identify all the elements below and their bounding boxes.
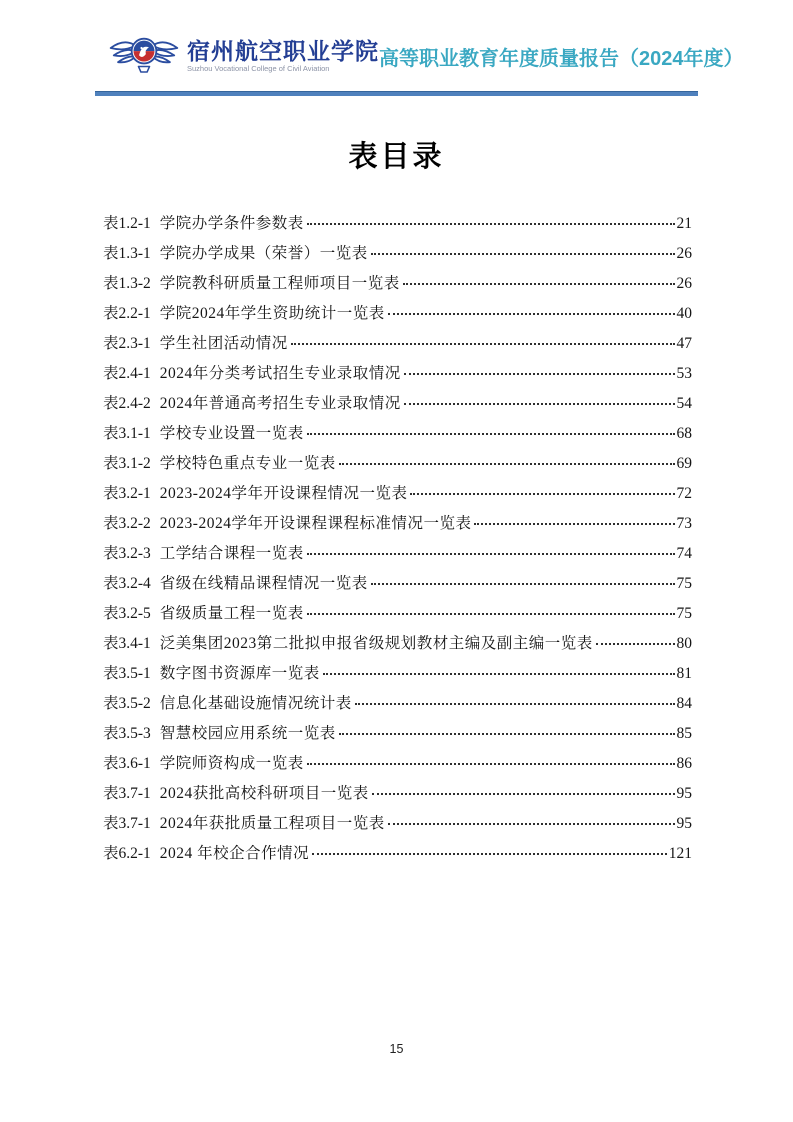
toc-leader-dots <box>291 343 675 345</box>
toc-entry-page: 26 <box>677 245 693 263</box>
toc-entry-page: 40 <box>677 305 693 323</box>
toc-entry-title: 2024年分类考试招生专业录取情况 <box>160 361 401 383</box>
toc-leader-dots <box>307 613 675 615</box>
toc-entry[interactable]: 表3.2-3 工学结合课程一览表 74 <box>103 541 692 571</box>
toc-entry-label: 表3.2-3 <box>103 541 151 563</box>
toc-entry-label: 表3.4-1 <box>103 631 151 653</box>
toc-entry-label: 表1.2-1 <box>103 211 151 233</box>
toc-entry-page: 68 <box>677 425 693 443</box>
toc-leader-dots <box>404 373 675 375</box>
toc-entry-title: 省级质量工程一览表 <box>160 601 304 623</box>
toc-entry-label: 表3.7-1 <box>103 811 151 833</box>
page-footer: 15 <box>0 1042 793 1056</box>
toc-entry-title: 学院办学条件参数表 <box>160 211 304 233</box>
college-name-en: Suzhou Vocational College of Civil Aviat… <box>187 65 379 73</box>
toc-leader-dots <box>403 283 675 285</box>
toc-leader-dots <box>474 523 674 525</box>
college-logo-icon <box>107 30 181 82</box>
toc-entry-page: 95 <box>677 785 693 803</box>
toc-leader-dots <box>371 583 675 585</box>
report-title: 高等职业教育年度质量报告（2024年度） <box>379 42 744 71</box>
toc-entry-page: 47 <box>677 335 693 353</box>
toc-entry-title: 2024获批高校科研项目一览表 <box>160 781 369 803</box>
toc-entry[interactable]: 表3.5-1 数字图书资源库一览表 81 <box>103 661 692 691</box>
toc-entry-label: 表3.5-3 <box>103 721 151 743</box>
toc-leader-dots <box>312 853 667 855</box>
toc-entry-label: 表3.1-1 <box>103 421 151 443</box>
toc-entry-title: 泛美集团2023第二批拟申报省级规划教材主编及副主编一览表 <box>160 631 593 653</box>
toc-leader-dots <box>307 433 675 435</box>
toc-entry-page: 72 <box>677 485 693 503</box>
toc-entry-page: 95 <box>677 815 693 833</box>
toc-leader-dots <box>323 673 675 675</box>
toc-entry-page: 26 <box>677 275 693 293</box>
toc-entry-page: 75 <box>677 605 693 623</box>
toc-entry[interactable]: 表6.2-1 2024 年校企合作情况 121 <box>103 841 692 871</box>
toc-entry[interactable]: 表1.2-1 学院办学条件参数表 21 <box>103 211 692 241</box>
toc-leader-dots <box>307 763 675 765</box>
toc-leader-dots <box>339 733 675 735</box>
toc-entry[interactable]: 表2.3-1 学生社团活动情况 47 <box>103 331 692 361</box>
toc-entry-page: 54 <box>677 395 693 413</box>
toc-entry-title: 学校特色重点专业一览表 <box>160 451 336 473</box>
toc-leader-dots <box>307 223 675 225</box>
toc-entry-label: 表3.6-1 <box>103 751 151 773</box>
toc-entry-page: 86 <box>677 755 693 773</box>
toc-entry-title: 2023-2024学年开设课程情况一览表 <box>160 481 408 503</box>
toc-entry[interactable]: 表1.3-2 学院教科研质量工程师项目一览表 26 <box>103 271 692 301</box>
toc-entry-page: 53 <box>677 365 693 383</box>
toc-entry[interactable]: 表2.4-2 2024年普通高考招生专业录取情况 54 <box>103 391 692 421</box>
toc-entry-title: 2024 年校企合作情况 <box>160 841 309 863</box>
toc-leader-dots <box>339 463 675 465</box>
toc-entry-title: 智慧校园应用系统一览表 <box>160 721 336 743</box>
toc-entry[interactable]: 表2.4-1 2024年分类考试招生专业录取情况 53 <box>103 361 692 391</box>
toc-entry-title: 2024年普通高考招生专业录取情况 <box>160 391 401 413</box>
toc-entry[interactable]: 表3.7-1 2024获批高校科研项目一览表 95 <box>103 781 692 811</box>
toc-entry-label: 表3.2-1 <box>103 481 151 503</box>
toc-entry-label: 表3.5-2 <box>103 691 151 713</box>
toc-entry-page: 80 <box>677 635 693 653</box>
toc-entry-title: 2023-2024学年开设课程课程标准情况一览表 <box>160 511 472 533</box>
college-name-zh: 宿州航空职业学院 <box>187 39 379 63</box>
toc-entry-label: 表1.3-1 <box>103 241 151 263</box>
toc-entry[interactable]: 表3.1-2 学校特色重点专业一览表 69 <box>103 451 692 481</box>
toc-entry-label: 表3.5-1 <box>103 661 151 683</box>
toc-entry-page: 74 <box>677 545 693 563</box>
toc-entry-title: 工学结合课程一览表 <box>160 541 304 563</box>
toc-entry-title: 学院办学成果（荣誉）一览表 <box>160 241 368 263</box>
toc-entry-title: 2024年获批质量工程项目一览表 <box>160 811 385 833</box>
toc-entry[interactable]: 表3.7-1 2024年获批质量工程项目一览表 95 <box>103 811 692 841</box>
toc-entry-label: 表3.2-5 <box>103 601 151 623</box>
toc-entry-page: 85 <box>677 725 693 743</box>
toc-leader-dots <box>596 643 675 645</box>
toc-list: 表1.2-1 学院办学条件参数表 21 表1.3-1 学院办学成果（荣誉）一览表… <box>95 211 698 871</box>
toc-leader-dots <box>307 553 675 555</box>
toc-entry-page: 73 <box>677 515 693 533</box>
toc-entry-label: 表2.4-1 <box>103 361 151 383</box>
toc-entry[interactable]: 表2.2-1 学院2024年学生资助统计一览表 40 <box>103 301 692 331</box>
header-divider <box>95 91 698 96</box>
toc-entry-label: 表3.2-2 <box>103 511 151 533</box>
toc-entry-title: 数字图书资源库一览表 <box>160 661 320 683</box>
page-header: 宿州航空职业学院 Suzhou Vocational College of Ci… <box>95 30 698 82</box>
footer-page-number: 15 <box>390 1042 404 1056</box>
toc-entry[interactable]: 表3.2-1 2023-2024学年开设课程情况一览表 72 <box>103 481 692 511</box>
toc-entry-label: 表3.7-1 <box>103 781 151 803</box>
toc-entry-page: 75 <box>677 575 693 593</box>
toc-entry-title: 学院师资构成一览表 <box>160 751 304 773</box>
toc-entry-label: 表2.4-2 <box>103 391 151 413</box>
toc-entry[interactable]: 表3.5-2 信息化基础设施情况统计表 84 <box>103 691 692 721</box>
toc-entry-page: 121 <box>669 845 692 863</box>
toc-leader-dots <box>371 253 675 255</box>
toc-leader-dots <box>410 493 674 495</box>
toc-leader-dots <box>388 823 675 825</box>
toc-entry-page: 21 <box>677 215 693 233</box>
toc-entry[interactable]: 表3.1-1 学校专业设置一览表 68 <box>103 421 692 451</box>
page-title: 表目录 <box>95 134 698 175</box>
toc-leader-dots <box>372 793 675 795</box>
toc-entry-page: 81 <box>677 665 693 683</box>
toc-leader-dots <box>355 703 675 705</box>
toc-entry[interactable]: 表3.2-2 2023-2024学年开设课程课程标准情况一览表 73 <box>103 511 692 541</box>
toc-entry-title: 学生社团活动情况 <box>160 331 288 353</box>
toc-entry-page: 84 <box>677 695 693 713</box>
toc-entry-label: 表2.3-1 <box>103 331 151 353</box>
toc-entry-title: 学院2024年学生资助统计一览表 <box>160 301 385 323</box>
toc-entry-label: 表3.2-4 <box>103 571 151 593</box>
toc-entry-title: 学校专业设置一览表 <box>160 421 304 443</box>
toc-entry-label: 表3.1-2 <box>103 451 151 473</box>
toc-entry-title: 信息化基础设施情况统计表 <box>160 691 352 713</box>
toc-entry[interactable]: 表3.4-1 泛美集团2023第二批拟申报省级规划教材主编及副主编一览表 80 <box>103 631 692 661</box>
toc-leader-dots <box>388 313 675 315</box>
toc-entry[interactable]: 表1.3-1 学院办学成果（荣誉）一览表 26 <box>103 241 692 271</box>
toc-entry-label: 表6.2-1 <box>103 841 151 863</box>
toc-leader-dots <box>404 403 675 405</box>
toc-entry-title: 省级在线精品课程情况一览表 <box>160 571 368 593</box>
toc-entry[interactable]: 表3.5-3 智慧校园应用系统一览表 85 <box>103 721 692 751</box>
document-page: 宿州航空职业学院 Suzhou Vocational College of Ci… <box>95 0 698 871</box>
toc-entry[interactable]: 表3.6-1 学院师资构成一览表 86 <box>103 751 692 781</box>
toc-entry[interactable]: 表3.2-4 省级在线精品课程情况一览表 75 <box>103 571 692 601</box>
toc-entry-title: 学院教科研质量工程师项目一览表 <box>160 271 400 293</box>
toc-entry-label: 表1.3-2 <box>103 271 151 293</box>
toc-entry-label: 表2.2-1 <box>103 301 151 323</box>
toc-entry[interactable]: 表3.2-5 省级质量工程一览表 75 <box>103 601 692 631</box>
toc-entry-page: 69 <box>677 455 693 473</box>
college-name-block: 宿州航空职业学院 Suzhou Vocational College of Ci… <box>187 39 379 73</box>
